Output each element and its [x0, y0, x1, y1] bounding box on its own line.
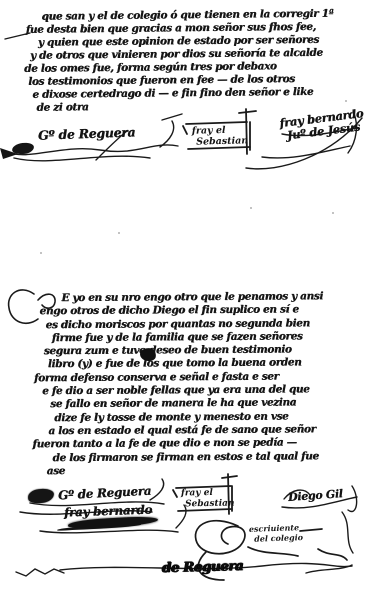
rubric-note: escriuiente del colegio — [249, 522, 303, 544]
scan-speck — [118, 232, 120, 234]
boxed-signature-1: fray el Sebastian — [192, 124, 249, 147]
boxed-signature-line2: Sebastian — [185, 498, 235, 509]
rubric-note-line2: del colegio — [254, 532, 303, 544]
signature-reguera-1: Gº de Reguera — [38, 124, 136, 142]
signature-bernardo-1: fray bernardo Juº de Jesús — [279, 107, 366, 143]
handwriting-block-1: que san y el de colegio ó que tienen en … — [33, 7, 364, 114]
handwriting-closing: ase — [47, 463, 369, 479]
signature-reguera-bottom: de Reguera — [162, 558, 244, 576]
scan-speck — [40, 252, 42, 254]
ink-blot — [27, 488, 54, 505]
scan-speck — [345, 100, 347, 102]
boxed-signature-2: fray el Sebastian — [181, 488, 235, 510]
scan-speck — [332, 212, 334, 214]
text-layer: que san y el de colegio ó que tienen en … — [0, 0, 370, 593]
handwriting-line: E yo en su nro engo otro que le penamos … — [61, 290, 367, 305]
signature-diego: Diego Gil — [288, 487, 343, 504]
handwriting-block-2: E yo en su nro engo otro que le penamos … — [45, 290, 368, 478]
ink-blot — [11, 142, 34, 156]
scan-speck — [250, 207, 252, 209]
manuscript-page: que san y el de colegio ó que tienen en … — [0, 0, 370, 593]
signature-reguera-2: Gº de Reguera — [58, 484, 152, 503]
boxed-signature-line2: Sebastian — [196, 135, 248, 147]
